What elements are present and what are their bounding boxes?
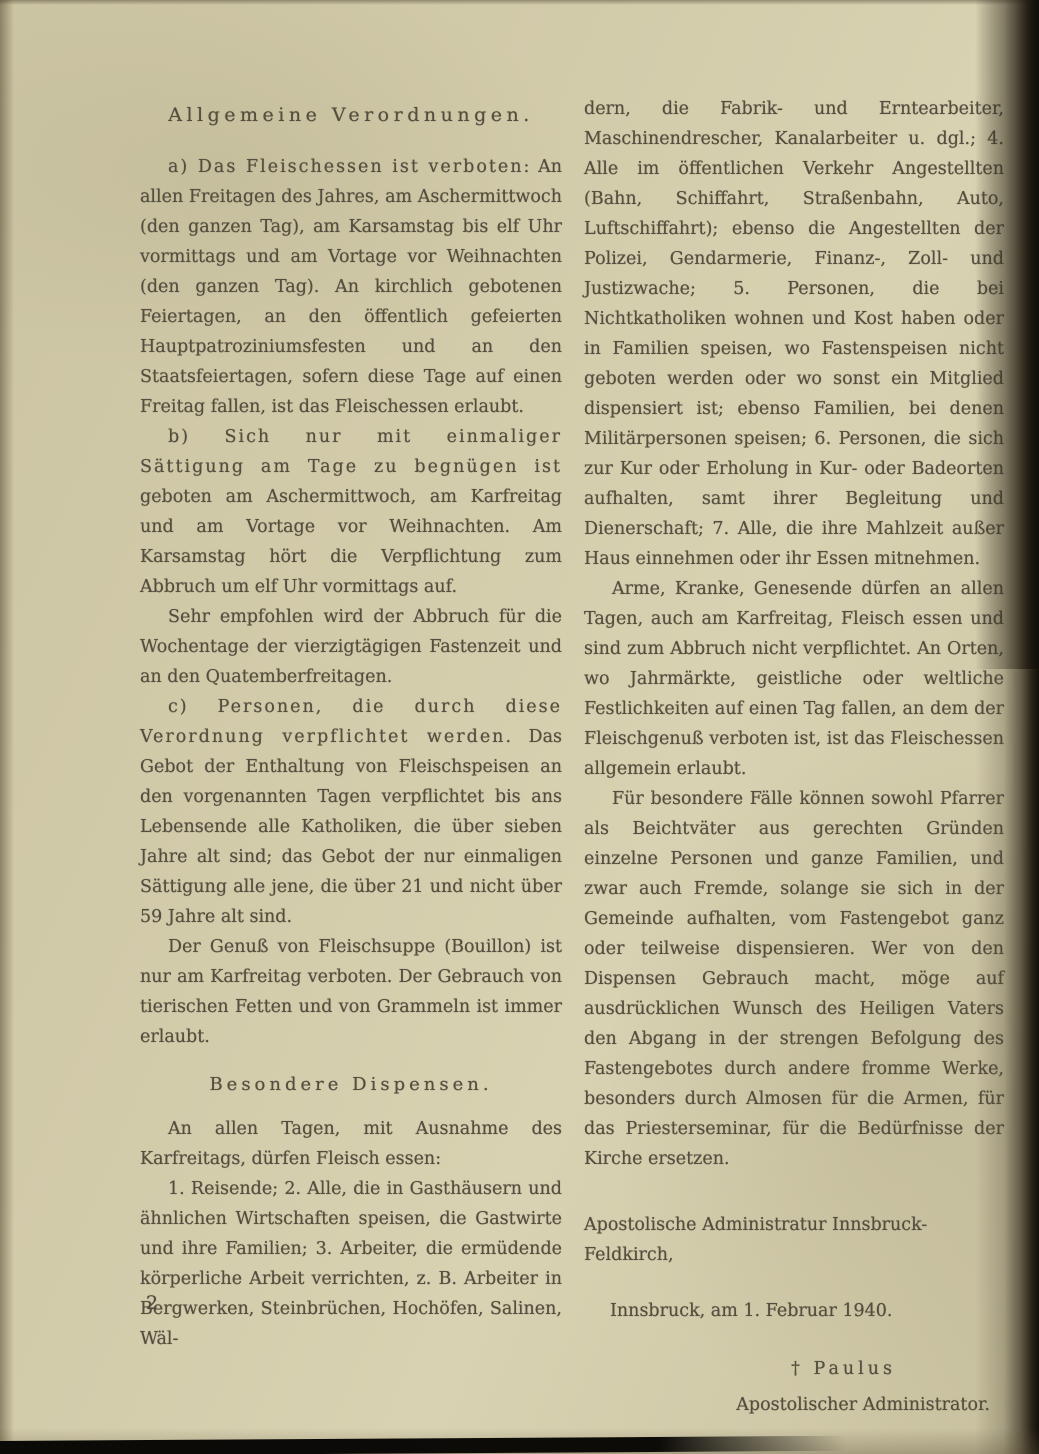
section-b-lead: b) Sich nur mit einmaliger Sättigung am … [140,427,562,477]
paragraph-bouillon: Der Genuß von Fleischsuppe (Bouillon) is… [140,932,562,1052]
left-column: Allgemeine Verordnungen. a) Das Fleische… [140,100,562,1354]
page-title: Allgemeine Verordnungen. [140,100,562,130]
scan-left-edge-shadow [0,0,14,1454]
book-gutter-shadow-upper [959,0,1039,669]
subheading-dispensen: Besondere Dispensen. [140,1070,562,1100]
paragraph-sick-exemption: Arme, Kranke, Genesende dürfen an allen … [584,574,1004,784]
section-a-body: An allen Freitagen des Jahres, am Ascher… [140,157,562,417]
scan-top-edge-shadow [0,0,1039,5]
administratur-line: Apostolische Administratur Innsbruck-Fel… [584,1210,1004,1270]
paragraph-section-c: c) Personen, die durch diese Verordnung … [140,692,562,932]
scanned-document-page: Allgemeine Verordnungen. a) Das Fleische… [0,0,1039,1454]
page-number: 2 [146,1292,158,1314]
dateline: Innsbruck, am 1. Februar 1940. [584,1296,1004,1326]
paragraph-dispense-intro: An allen Tagen, mit Ausnahme des Karfrei… [140,1114,562,1174]
paragraph-exempt-list-continued: dern, die Fabrik- und Erntearbeiter, Mas… [584,94,1004,574]
section-c-body: Das Gebot der Enthaltung von Fleischspei… [140,727,562,927]
section-b-body: geboten am Aschermittwoch, am Karfreitag… [140,487,562,597]
section-a-lead: a) Das Fleischessen ist verboten: [168,157,531,177]
paragraph-section-b: b) Sich nur mit einmaliger Sättigung am … [140,422,562,602]
right-column: dern, die Fabrik- und Erntearbeiter, Mas… [584,94,1004,1420]
paragraph-recommendation: Sehr empfohlen wird der Abbruch für die … [140,602,562,692]
section-c-lead: c) Personen, die durch diese Verordnung … [140,697,562,747]
paragraph-exempt-list-start: 1. Reisende; 2. Alle, die in Gasthäusern… [140,1174,562,1354]
signature-name: † Paulus [584,1354,1004,1384]
paragraph-section-a: a) Das Fleischessen ist verboten: An all… [140,152,562,422]
paragraph-special-dispense: Für besondere Fälle können sowohl Pfarre… [584,784,1004,1174]
signature-title: Apostolischer Administrator. [584,1390,1004,1420]
